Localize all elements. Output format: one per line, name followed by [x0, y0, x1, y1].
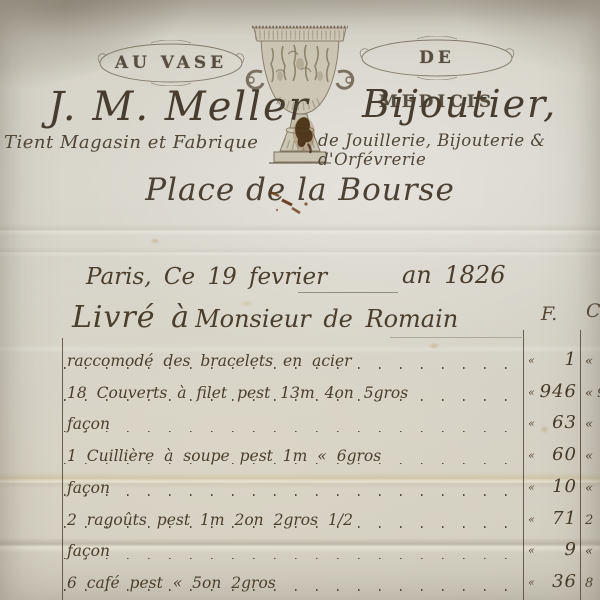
row-francs: 63	[523, 412, 577, 433]
column-header-centimes: C	[586, 300, 600, 322]
cartouche-de-medicis: DE MEDICIS	[358, 36, 516, 80]
invoice-line-item: 18 Couverts à filet pest 13m 4on 5gros «…	[64, 376, 600, 404]
paper-crease	[0, 247, 600, 257]
row-francs: 36	[523, 571, 577, 592]
client-name: Monsieur de Romain	[195, 305, 458, 333]
proprietor-name: J. M. Meller	[48, 84, 310, 130]
invoice-line-item: façon « 63 «	[64, 407, 600, 435]
row-description: 6 café pest « 5on 2gros	[67, 574, 276, 592]
client-fill-rule	[390, 337, 522, 338]
place-date-prefix: Paris, Ce	[86, 264, 195, 290]
invoice-document: AU VASE DE MEDICIS	[0, 0, 600, 600]
invoice-line-item: raccomodé des bracelets en acier « 1 «	[64, 344, 600, 372]
date-fill-rule	[298, 292, 398, 293]
invoice-line-item: 6 café pest « 5on 2gros « 36 8	[64, 566, 600, 594]
cartouche-au-vase: AU VASE	[96, 40, 246, 86]
row-centimes: «	[585, 481, 600, 496]
handwritten-date: 19 fevrier	[207, 264, 327, 290]
invoice-line-item: façon « 9 «	[64, 534, 600, 562]
row-centimes: 8	[585, 576, 600, 591]
dotted-leader-line	[64, 494, 523, 496]
year-line: an 1826	[402, 261, 505, 289]
row-description: 2 ragoûts pest 1m 2on 2gros 1/2	[67, 511, 353, 529]
row-description: 18 Couverts à filet pest 13m 4on 5gros	[67, 384, 408, 402]
row-description: 1 Cuillière à soupe pest 1m « 6gros	[67, 447, 381, 465]
tagline-right: de Jouillerie, Bijouterie & d'Orfévrerie	[318, 131, 600, 169]
row-centimes: «	[585, 354, 600, 369]
row-description: raccomodé des bracelets en acier	[67, 352, 352, 370]
dotted-leader-line	[64, 558, 523, 560]
paper-crease	[0, 224, 600, 236]
row-francs: 9	[523, 539, 577, 560]
row-description: façon	[67, 479, 110, 497]
row-francs: 946	[523, 381, 577, 402]
row-centimes: «	[585, 417, 600, 432]
column-header-francs: F.	[541, 303, 557, 325]
row-francs: 60	[523, 444, 577, 465]
row-description: façon	[67, 415, 110, 433]
row-description: façon	[67, 542, 110, 560]
delivered-prefix: Livré à	[72, 300, 190, 335]
row-centimes: 2	[585, 513, 600, 528]
invoice-line-item: façon « 10 «	[64, 471, 600, 499]
row-francs: 1	[523, 349, 577, 370]
foxing-spot	[150, 238, 160, 244]
shop-sign-left: AU VASE	[96, 40, 246, 86]
invoice-line-item: 2 ragoûts pest 1m 2on 2gros 1/2 « 71 2	[64, 503, 600, 531]
row-francs: 10	[523, 476, 577, 497]
row-centimes: «	[585, 544, 600, 559]
dotted-leader-line	[64, 431, 523, 433]
trade-title: Bijoutier,	[362, 82, 557, 126]
ink-stain	[262, 186, 322, 220]
row-francs: 71	[523, 508, 577, 529]
row-centimes: « 9	[585, 386, 600, 401]
tagline-left: Tient Magasin et Fabrique	[4, 132, 258, 153]
invoice-line-item: 1 Cuillière à soupe pest 1m « 6gros « 60…	[64, 439, 600, 467]
row-centimes: «	[585, 449, 600, 464]
